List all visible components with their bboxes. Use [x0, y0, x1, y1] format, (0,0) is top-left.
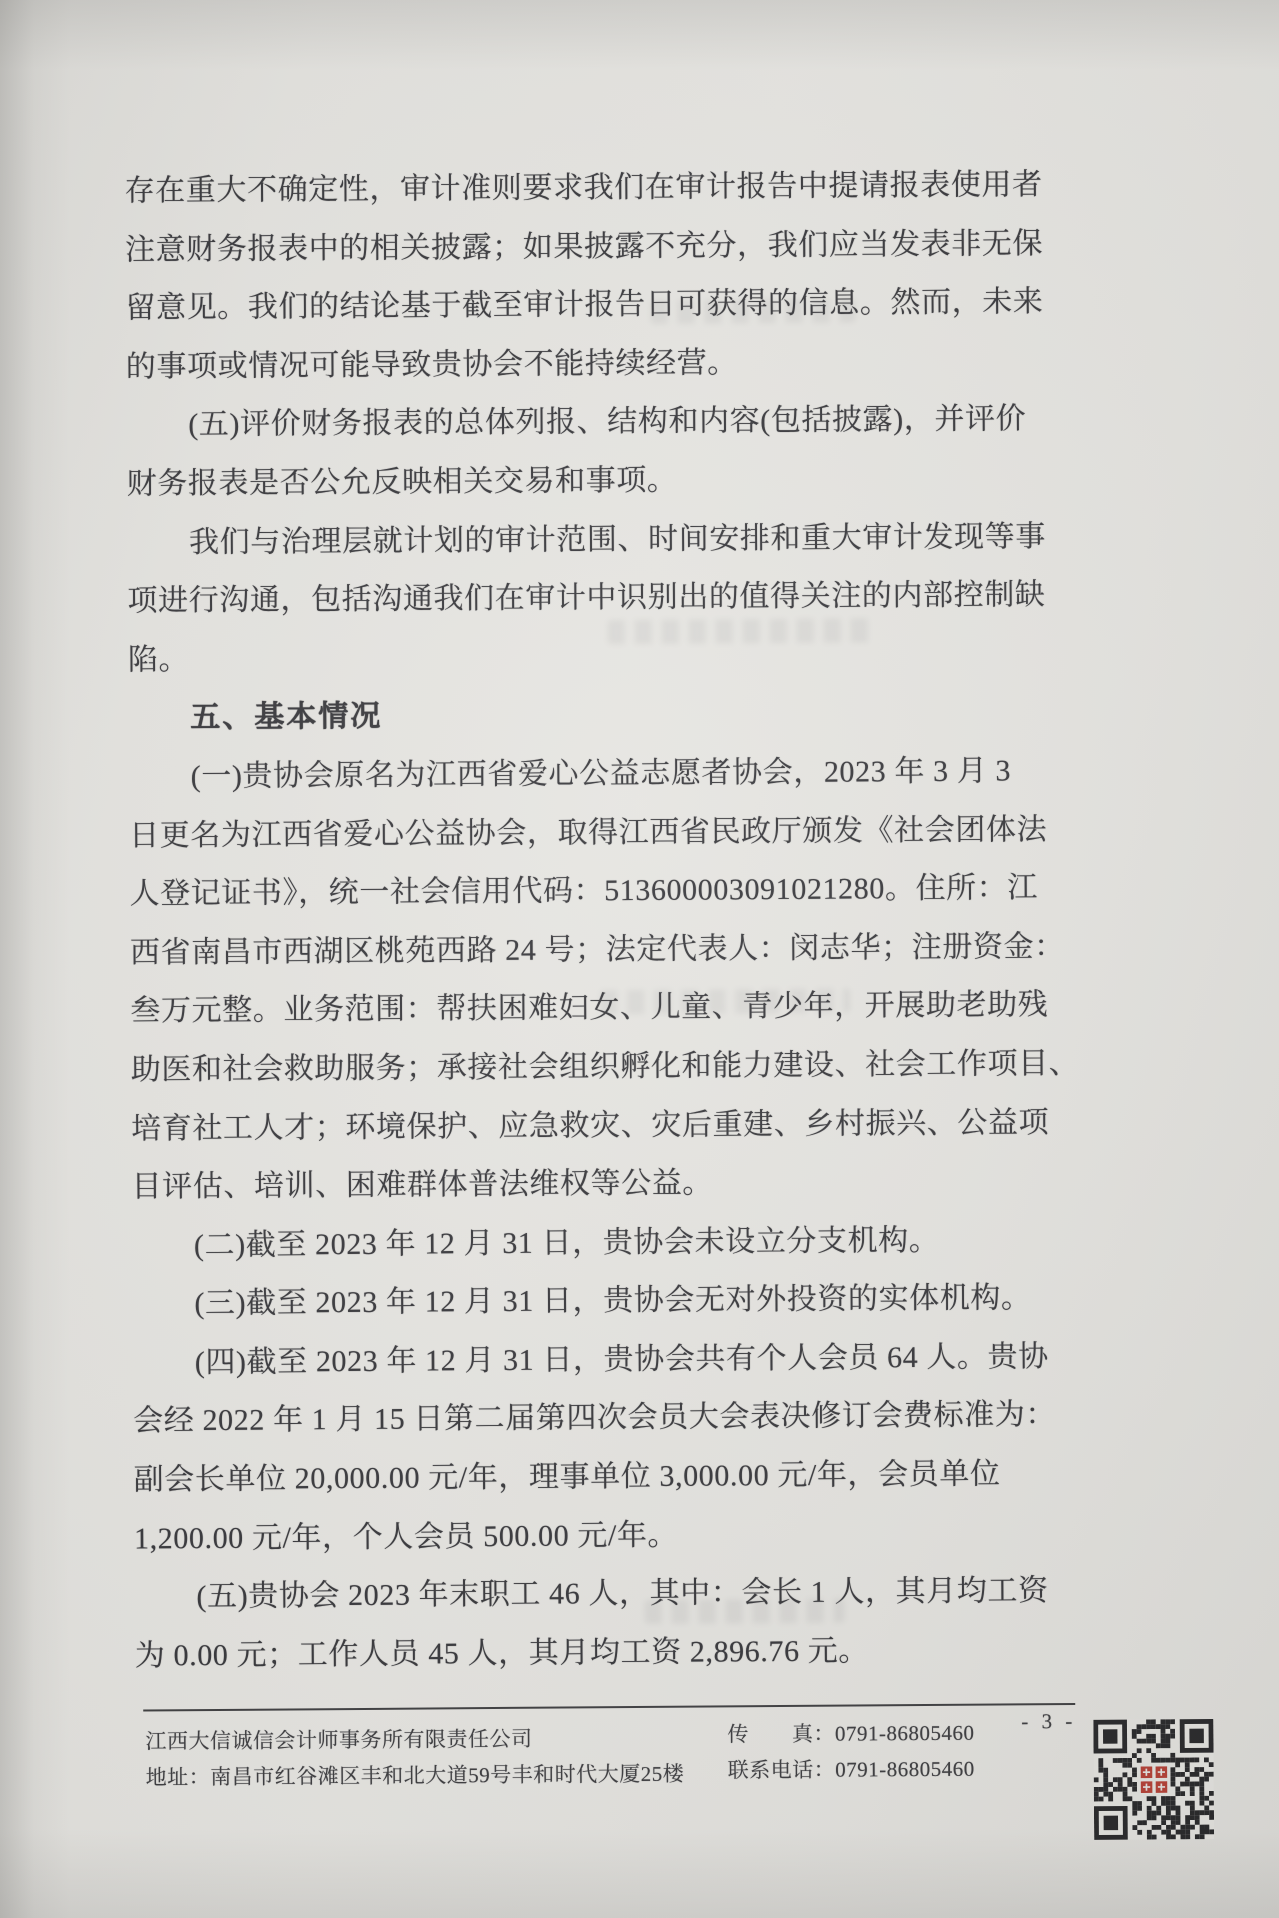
- phone-line: 联系电话：0791-86805460: [728, 1753, 975, 1785]
- fax-number: 0791-86805460: [835, 1721, 975, 1746]
- body-line: 1,200.00 元/年，个人会员 500.00 元/年。: [134, 1513, 1082, 1578]
- body-line: 助医和社会救助服务；承接社会组织孵化和能力建设、社会工作项目、: [131, 1044, 1079, 1109]
- footer-divider: [143, 1703, 1075, 1712]
- scanned-page: 存在重大不确定性，审计准则要求我们在审计报告中提请报表使用者注意财务报表中的相关…: [0, 0, 1279, 1918]
- body-line: 人登记证书》，统一社会信用代码：513600003091021280。住所：江: [129, 868, 1077, 933]
- body-line: 培育社工人才；环境保护、应急救灾、灾后重建、乡村振兴、公益项: [131, 1102, 1079, 1167]
- page-number: - 3 -: [1021, 1709, 1076, 1734]
- document-body: 存在重大不确定性，审计准则要求我们在审计报告中提请报表使用者注意财务报表中的相关…: [124, 165, 1083, 1695]
- body-line: 陷。: [128, 634, 1076, 699]
- body-line: (五)评价财务报表的总体列报、结构和内容(包括披露)，并评价: [126, 399, 1074, 464]
- body-line: 的事项或情况可能导致贵协会不能持续经营。: [126, 341, 1074, 406]
- body-line: (五)贵协会 2023 年末职工 46 人，其中：会长 1 人，其月均工资: [134, 1571, 1082, 1636]
- page-content: 存在重大不确定性，审计准则要求我们在审计报告中提请报表使用者注意财务报表中的相关…: [0, 0, 1279, 1918]
- body-line: (一)贵协会原名为江西省爱心公益志愿者协会，2023 年 3 月 3: [129, 751, 1077, 816]
- body-line: 注意财务报表中的相关披露；如果披露不充分，我们应当发表非无保: [125, 224, 1073, 289]
- body-line: 存在重大不确定性，审计准则要求我们在审计报告中提请报表使用者: [124, 165, 1072, 230]
- body-line: 财务报表是否公允反映相关交易和事项。: [127, 458, 1075, 523]
- body-line: (四)截至 2023 年 12 月 31 日，贵协会共有个人会员 64 人。贵协: [133, 1337, 1081, 1402]
- body-line: (三)截至 2023 年 12 月 31 日，贵协会无对外投资的实体机构。: [132, 1278, 1080, 1343]
- body-line: 留意见。我们的结论基于截至审计报告日可获得的信息。然而，未来: [125, 282, 1073, 347]
- fax-label: 传 真：: [727, 1722, 835, 1747]
- fax-line: 传 真：0791-86805460: [727, 1717, 974, 1749]
- qr-code: [1093, 1718, 1214, 1841]
- audit-firm-name: 江西大信诚信会计师事务所有限责任公司: [145, 1723, 532, 1756]
- body-line: 我们与治理层就计划的审计范围、时间安排和重大审计发现等事: [127, 517, 1075, 582]
- phone-label: 联系电话：: [728, 1758, 836, 1783]
- body-line: 目评估、培训、困难群体普法维权等公益。: [131, 1161, 1079, 1226]
- phone-number: 0791-86805460: [835, 1757, 975, 1782]
- body-line: 项进行沟通，包括沟通我们在审计中识别出的值得关注的内部控制缺: [127, 575, 1075, 640]
- section-heading: 五、基本情况: [128, 692, 1076, 757]
- audit-firm-address: 地址：南昌市红谷滩区丰和北大道59号丰和时代大厦25楼: [146, 1758, 685, 1792]
- body-line: 西省南昌市西湖区桃苑西路 24 号；法定代表人：闵志华；注册资金：: [130, 927, 1078, 992]
- body-line: 副会长单位 20,000.00 元/年，理事单位 3,000.00 元/年，会员…: [133, 1454, 1081, 1519]
- body-line: 日更名为江西省爱心公益协会，取得江西省民政厅颁发《社会团体法: [129, 809, 1077, 874]
- body-line: 为 0.00 元；工作人员 45 人，其月均工资 2,896.76 元。: [135, 1630, 1083, 1695]
- body-line: (二)截至 2023 年 12 月 31 日，贵协会未设立分支机构。: [132, 1220, 1080, 1285]
- body-line: 叁万元整。业务范围：帮扶困难妇女、儿童、青少年，开展助老助残: [130, 985, 1078, 1050]
- body-line: 会经 2022 年 1 月 15 日第二届第四次会员大会表决修订会费标准为：: [133, 1395, 1081, 1460]
